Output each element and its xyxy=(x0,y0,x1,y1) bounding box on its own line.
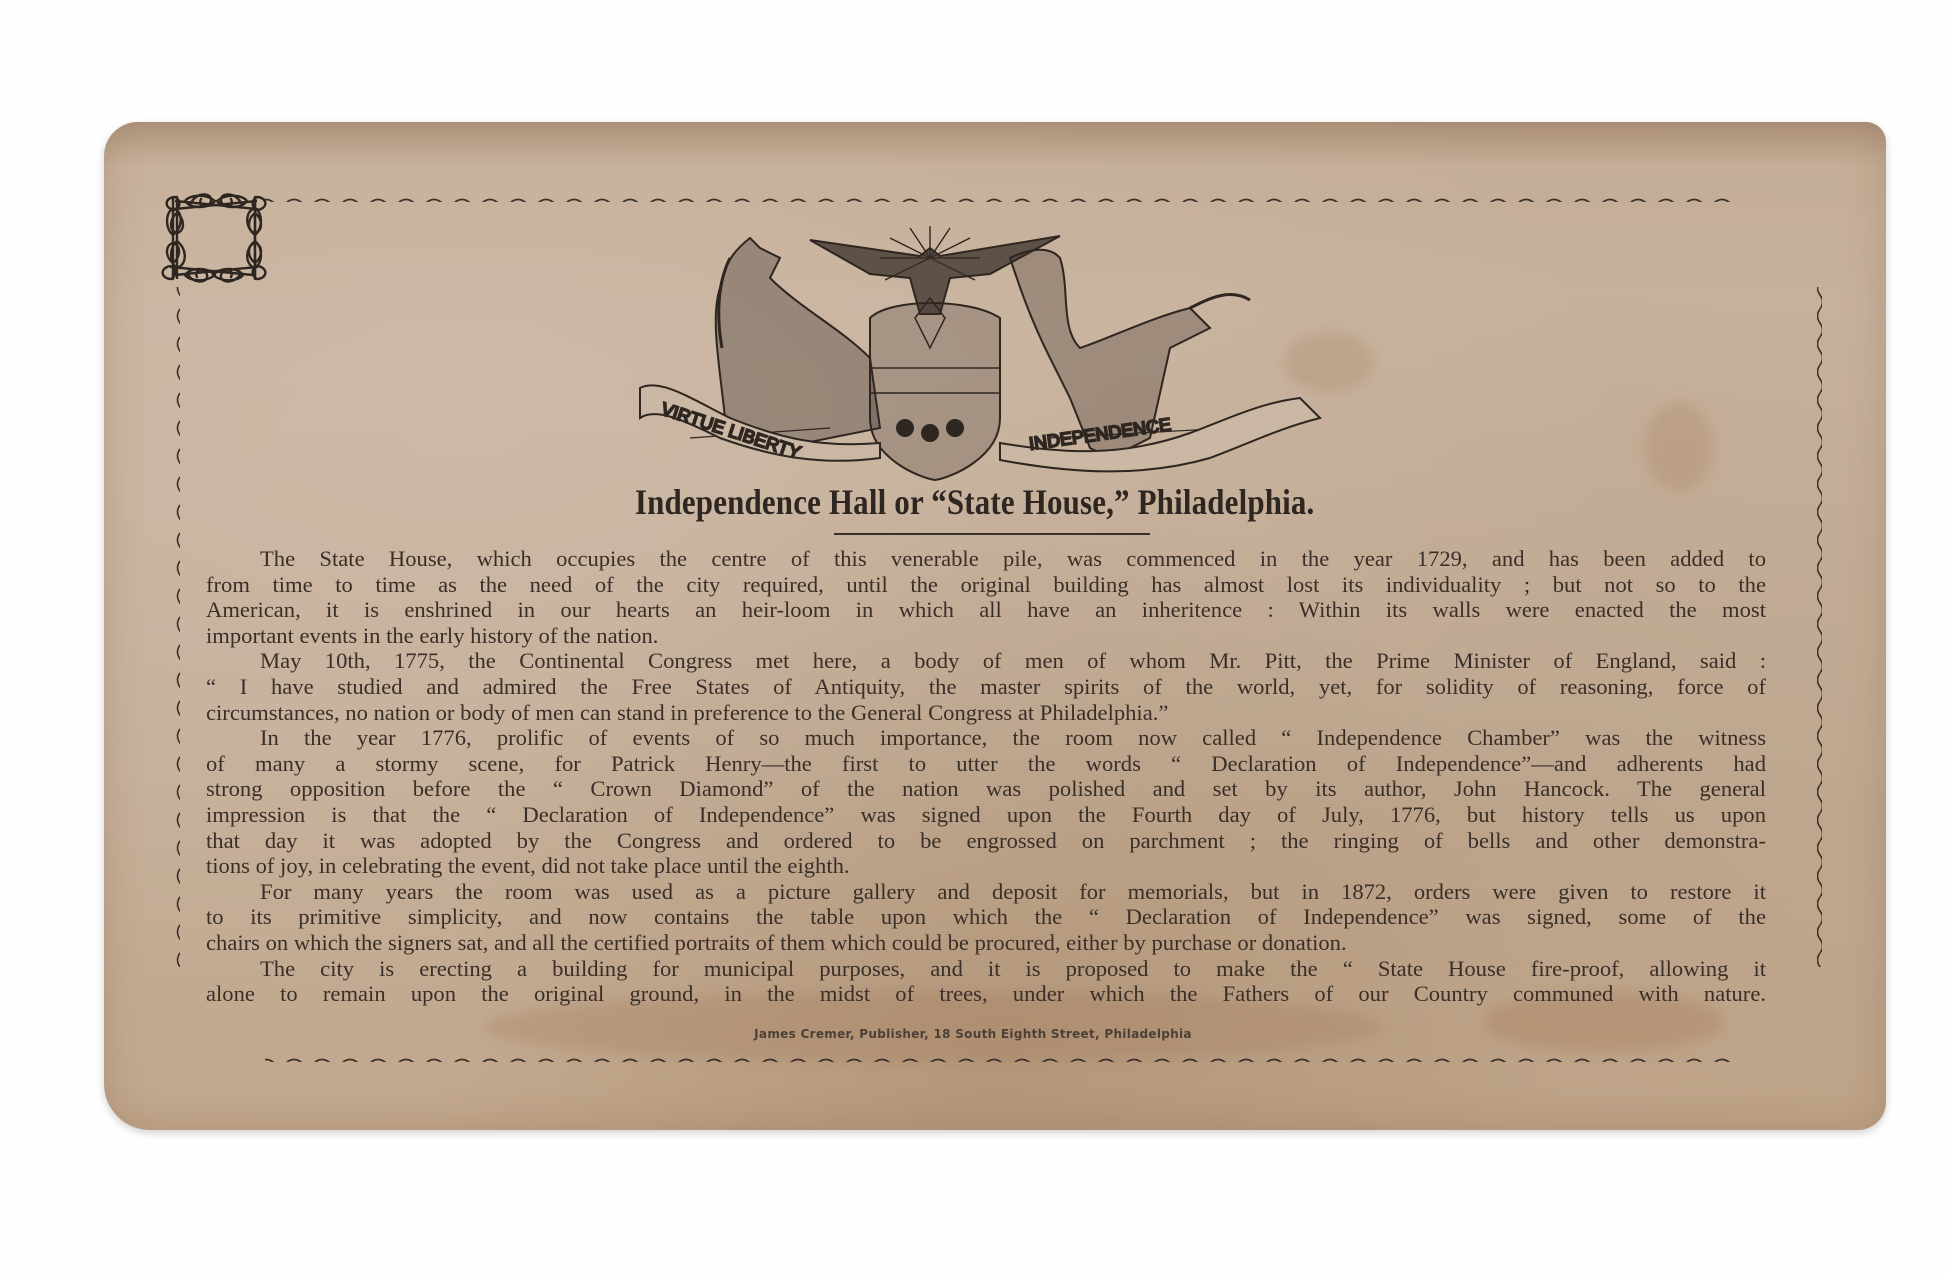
text-line: American, it is enshrined in our hearts … xyxy=(206,597,1766,623)
photo-backdrop: VIRTUE LIBERTY INDEPENDENCE Independence… xyxy=(0,0,1946,1276)
text-line: that day it was adopted by the Congress … xyxy=(206,828,1766,854)
text-line: May 10th, 1775, the Continental Congress… xyxy=(206,648,1766,674)
text-line: strong opposition before the “ Crown Dia… xyxy=(206,776,1766,802)
flourish-corner-bottom-right-icon xyxy=(175,197,275,297)
paragraph: May 10th, 1775, the Continental Congress… xyxy=(206,648,1766,725)
paragraph: For many years the room was used as a pi… xyxy=(206,879,1766,956)
text-line: circumstances, no nation or body of men … xyxy=(206,700,1766,726)
card-body-text: The State House, which occupies the cent… xyxy=(206,546,1766,1007)
text-line: impression is that the “ Declaration of … xyxy=(206,802,1766,828)
text-line: to its primitive simplicity, and now con… xyxy=(206,904,1766,930)
publisher-imprint: James Cremer, Publisher, 18 South Eighth… xyxy=(0,1027,1946,1041)
text-line: In the year 1776, prolific of events of … xyxy=(206,725,1766,751)
paragraph: The State House, which occupies the cent… xyxy=(206,546,1766,648)
text-line: The city is erecting a building for muni… xyxy=(206,956,1766,982)
paragraph: In the year 1776, prolific of events of … xyxy=(206,725,1766,879)
text-line: tions of joy, in celebrating the event, … xyxy=(206,853,1766,879)
text-line: important events in the early history of… xyxy=(206,623,1766,649)
text-line: The State House, which occupies the cent… xyxy=(206,546,1766,572)
text-line: of many a stormy scene, for Patrick Henr… xyxy=(206,751,1766,777)
paragraph: The city is erecting a building for muni… xyxy=(206,956,1766,1007)
pennsylvania-coat-of-arms-icon: VIRTUE LIBERTY INDEPENDENCE xyxy=(630,218,1350,486)
card-title: Independence Hall or “State House,” Phil… xyxy=(138,481,1812,523)
text-line: alone to remain upon the original ground… xyxy=(206,981,1766,1007)
text-line: chairs on which the signers sat, and all… xyxy=(206,930,1766,956)
text-line: “ I have studied and admired the Free St… xyxy=(206,674,1766,700)
title-underline xyxy=(834,533,1150,535)
text-line: from time to time as the need of the cit… xyxy=(206,572,1766,598)
worn-top-edge xyxy=(104,122,1886,166)
text-line: For many years the room was used as a pi… xyxy=(206,879,1766,905)
